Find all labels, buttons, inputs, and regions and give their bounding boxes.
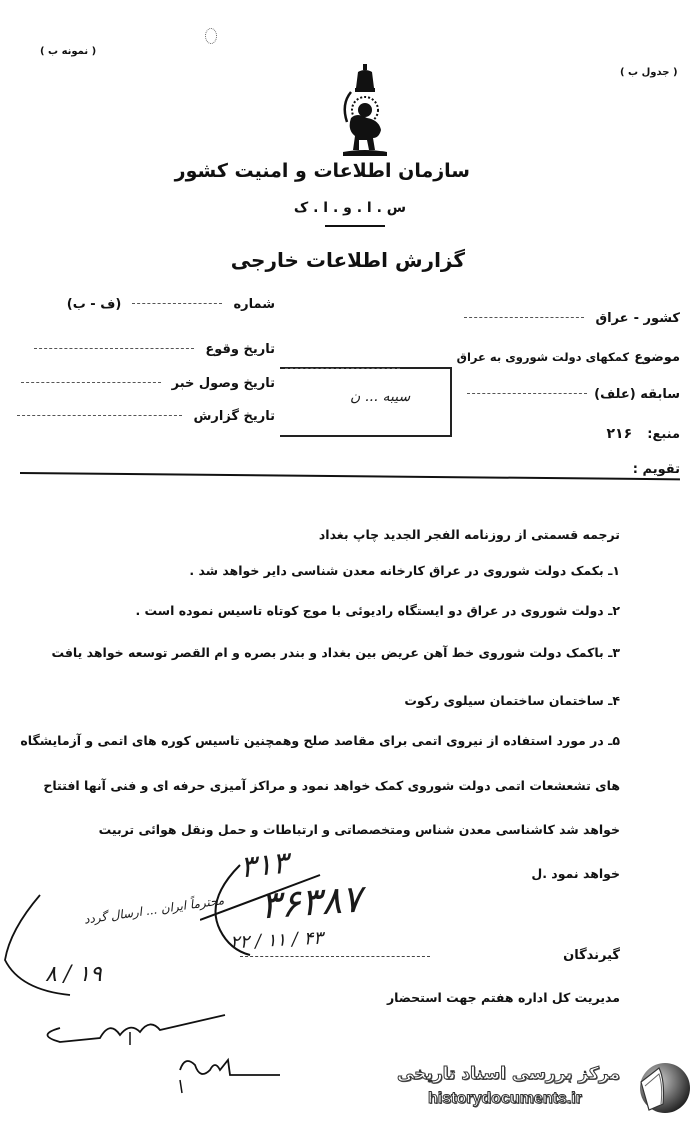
field-date-occurrence-label: تاریخ وقوع	[205, 342, 275, 357]
handwritten-underline	[240, 956, 430, 957]
field-source: منبع: ۲۱۶	[560, 423, 680, 442]
body-item-1: ۱ـ بکمک دولت شوروی در عراق کارخانه معدن …	[150, 563, 620, 578]
handwritten-number-main: ۳۶۳۸۷	[259, 876, 364, 927]
signature-2	[170, 1045, 290, 1095]
field-subject-label: موضوع	[634, 350, 680, 365]
field-date-of-occurrence: تاریخ وقوع	[40, 338, 275, 357]
field-calendar: تقویم :	[600, 458, 680, 477]
field-report-date-label: تاریخ گزارش	[193, 409, 275, 424]
field-source-label: منبع:	[647, 427, 680, 442]
report-title: گزارش اطلاعات خارجی	[240, 248, 465, 272]
punch-mark	[205, 28, 217, 44]
field-subject: موضوع کمکهای دولت شوروی به عراق	[420, 346, 680, 365]
field-number: شماره (ف - ب)	[30, 293, 275, 313]
field-date-received-label: تاریخ وصول خبر	[172, 376, 275, 391]
recipients-line: مدیریت کل اداره هفتم جهت استحضار	[370, 990, 620, 1005]
watermark: مرکز بررسی اسناد تاریخی historydocuments…	[410, 1058, 690, 1118]
field-number-label: شماره	[233, 297, 275, 312]
organization-abbreviation: س . ا . و . ا . ک	[280, 200, 420, 216]
stamp-box-top-dash	[285, 368, 400, 369]
body-item-3: ۳ـ باکمک دولت شوروی خط آهن عریض بین بغدا…	[20, 645, 620, 660]
field-country-value: عراق	[596, 311, 629, 326]
field-report-date: تاریخ گزارش	[30, 405, 275, 424]
field-country-label: کشور -	[634, 311, 680, 326]
field-number-value: (ف - ب)	[67, 297, 122, 312]
body-item-5-cont-3: خواهد نمود .ل	[480, 866, 620, 881]
body-item-4: ۴ـ ساختمان ساختمان سیلوی رکوت	[300, 693, 620, 708]
body-item-5: ۵ـ در مورد استفاده از نیروی اتمی برای مق…	[18, 733, 620, 748]
form-type-label-right: ( جدول ب )	[620, 67, 678, 78]
form-type-label-left: ( نمونه ب )	[40, 46, 96, 57]
field-date-received: تاریخ وصول خبر	[40, 372, 275, 391]
field-background: سابقه (علف)	[450, 383, 680, 402]
field-country: کشور - عراق	[410, 307, 680, 326]
header-divider	[20, 472, 680, 480]
body-item-5-cont-1: های تشعشعات اتمی دولت شوروی کمک خواهد نم…	[18, 778, 620, 793]
stamp-box: سیبه ... ن	[280, 367, 452, 437]
signature-1	[30, 1010, 230, 1050]
field-source-value: ۲۱۶	[607, 426, 633, 442]
field-background-label: سابقه (علف)	[594, 387, 680, 402]
body-item-5-cont-2: خواهد شد کاشناسی معدن شناس ومتخصصاتی و ا…	[18, 822, 620, 837]
field-calendar-label: تقویم :	[633, 462, 680, 477]
organization-name: سازمان اطلاعات و امنیت کشور	[230, 160, 470, 182]
body-intro: ترجمه قسمتی از روزنامه الفجر الجدید چاپ …	[200, 527, 620, 542]
watermark-logo-icon	[635, 1060, 690, 1115]
handwritten-side-date: ۸ / ۱۹	[45, 962, 102, 987]
recipients-label: گیرندگان	[520, 948, 620, 963]
title-divider	[325, 225, 385, 227]
watermark-url: historydocuments.ir	[428, 1090, 582, 1108]
body-item-2: ۲ـ دولت شوروی در عراق دو ایستگاه رادیوئی…	[130, 603, 620, 618]
watermark-title: مرکز بررسی اسناد تاریخی	[420, 1064, 620, 1084]
stamp-text: سیبه ... ن	[350, 389, 410, 405]
field-subject-value: کمکهای دولت شوروی به عراق	[457, 350, 629, 364]
